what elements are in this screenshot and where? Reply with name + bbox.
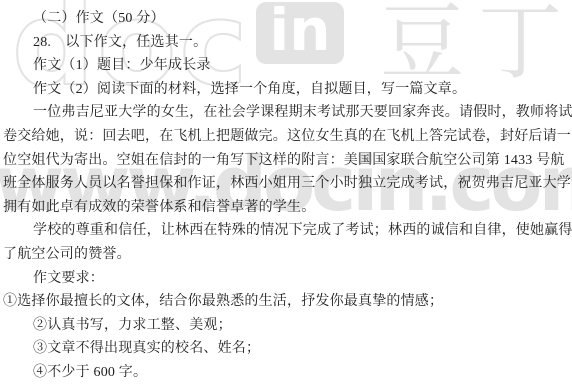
text-line: （二）作文（50 分） — [3, 7, 572, 31]
text-line: 学校的尊重和信任，让林西在特殊的情况下完成了考试；林西的诚信和自律，使她赢得 — [3, 219, 572, 243]
text-line: 28. 以下作文，任选其一。 — [3, 31, 572, 55]
text-line: 班全体服务人员以名誉担保和作证，林西小姐用三个小时独立完成考试，祝贺弗吉尼亚大学 — [3, 172, 572, 196]
text-line: ③文章不得出现真实的校名、姓名； — [3, 337, 572, 361]
text-line: 作文要求： — [3, 267, 572, 291]
text-line: 位空姐代为寄出。空姐在信封的一角写下这样的附言：美国国家联合航空公司第 1433… — [3, 149, 572, 173]
text-line: 卷交给她，说：回去吧，在飞机上把题做完。这位女生真的在飞机上答完试卷，封好后请一 — [3, 125, 572, 149]
text-line: 了航空公司的赞誉。 — [3, 243, 572, 267]
document-text: （二）作文（50 分）28. 以下作文，任选其一。作文（1）题目：少年成长录作文… — [3, 7, 572, 384]
document-page: doc in 豆丁 www.docin.com （二）作文（50 分）28. 以… — [0, 0, 572, 384]
text-line: 拥有如此卓有成效的荣誉体系和信誉卓著的学生。 — [3, 196, 572, 220]
text-line: ②认真书写，力求工整、美观； — [3, 314, 572, 338]
text-line: ①选择你最擅长的文体，结合你最熟悉的生活，抒发你最真挚的情感； — [3, 290, 572, 314]
text-line: 作文（2）阅读下面的材料，选择一个角度，自拟题目，写一篇文章。 — [3, 78, 572, 102]
text-line: ④不少于 600 字。 — [3, 361, 572, 384]
text-line: 作文（1）题目：少年成长录 — [3, 54, 572, 78]
text-line: 一位弗吉尼亚大学的女生，在社会学课程期末考试那天要回家奔丧。请假时，教师将试 — [3, 101, 572, 125]
